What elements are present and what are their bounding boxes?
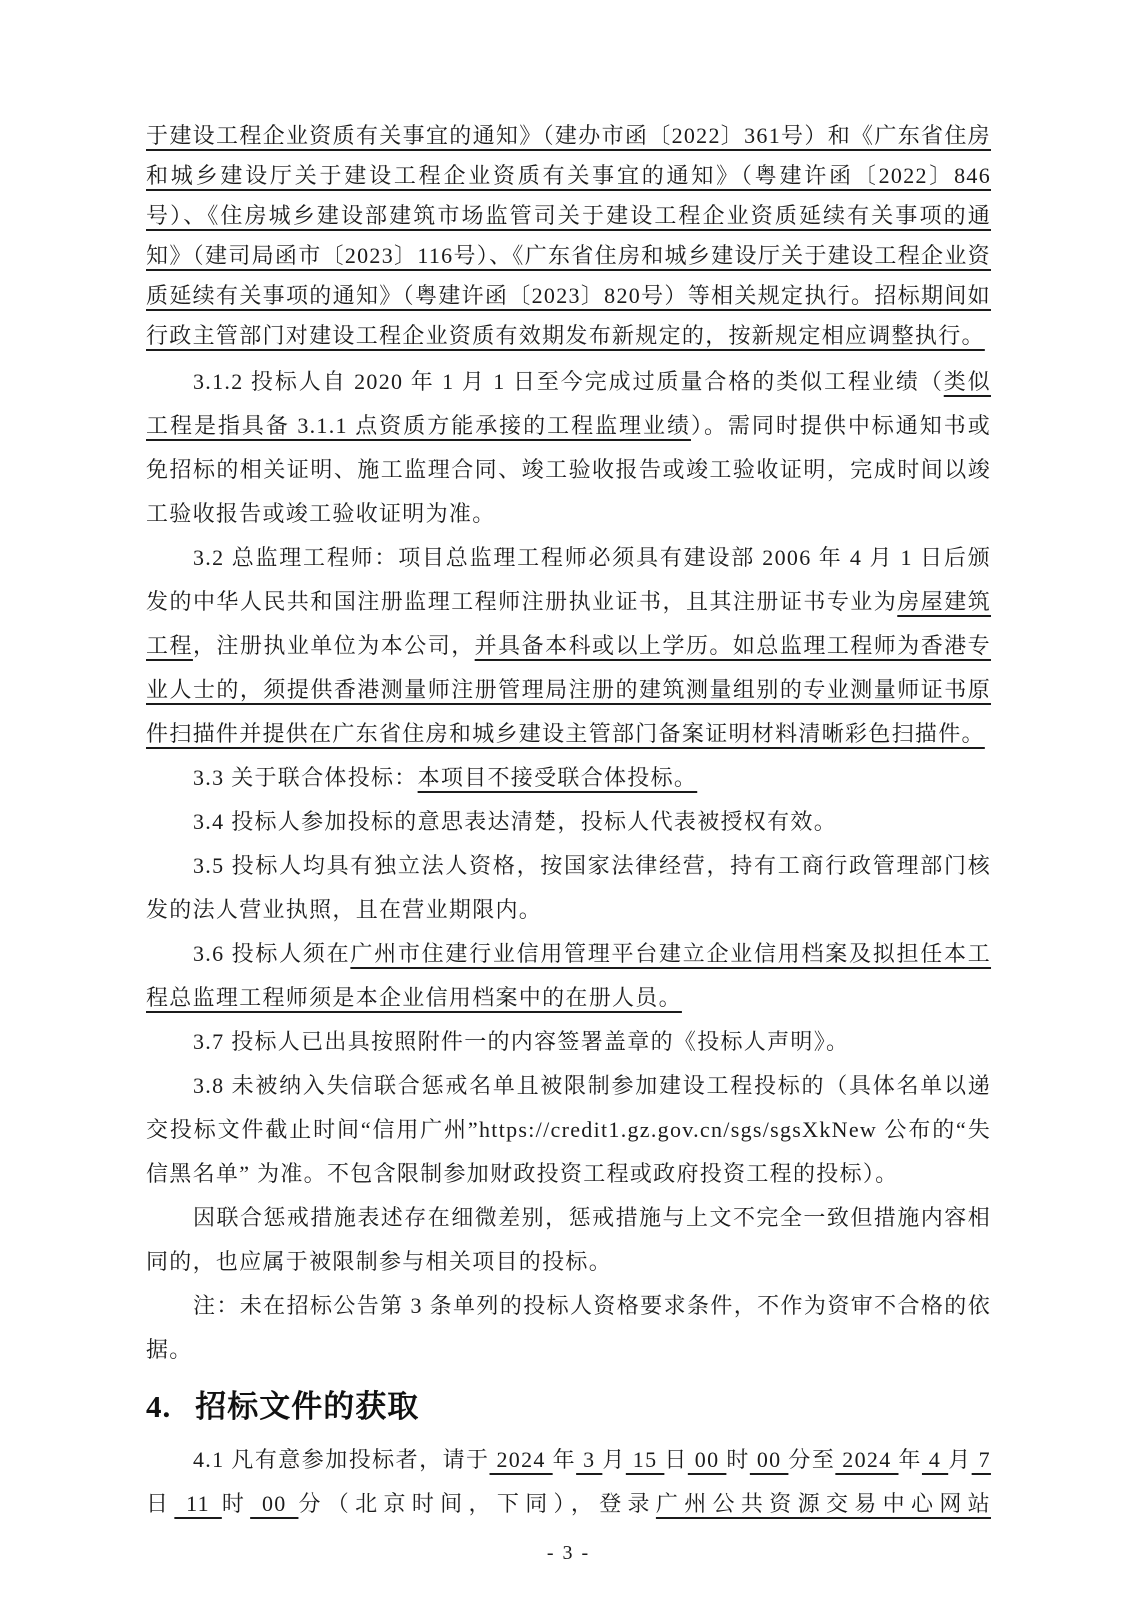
para-3-6-credit-platform: 3.6 投标人须在广州市住建行业信用管理平台建立企业信用档案及拟担任本工程总监理… <box>146 932 991 1020</box>
para-3-4-intent-expression: 3.4 投标人参加投标的意思表达清楚，投标人代表被授权有效。 <box>146 800 991 844</box>
underlined-text-segment: 于建设工程企业资质有关事宜的通知》（建办市函〔2022〕361号）和《广东省住房… <box>146 123 991 348</box>
underlined-text-segment: 3 <box>576 1447 602 1472</box>
page-footer: - 3 - <box>146 1542 991 1565</box>
text-segment: 分至 <box>788 1447 835 1472</box>
para-3-3-consortium-bidding: 3.3 关于联合体投标：本项目不接受联合体投标。 <box>146 756 991 800</box>
underlined-text-segment: 00 <box>750 1447 789 1472</box>
text-segment: 注：未在招标公告第 3 条单列的投标人资格要求条件，不作为资审不合格的依据。 <box>146 1293 991 1362</box>
underlined-text-segment: 00 <box>688 1447 727 1472</box>
text-segment: ，注册执业单位为本公司， <box>193 633 475 658</box>
text-segment: 时 <box>222 1491 250 1516</box>
text-segment: 4.1 凡有意参加投标者，请于 <box>193 1447 490 1472</box>
text-segment: 时 <box>726 1447 749 1472</box>
text-segment: 3.4 投标人参加投标的意思表达清楚，投标人代表被授权有效。 <box>193 809 837 834</box>
heading-section-4-obtain-tender-documents: 4.招标文件的获取 <box>146 1386 991 1428</box>
para-3-7-bidder-declaration: 3.7 投标人已出具按照附件一的内容签署盖章的《投标人声明》。 <box>146 1020 991 1064</box>
underlined-text-segment: 00 <box>250 1491 298 1516</box>
para-3-1-2-similar-project-performance: 3.1.2 投标人自 2020 年 1 月 1 日至今完成过质量合格的类似工程业… <box>146 360 991 536</box>
para-3-2-chief-supervision-engineer: 3.2 总监理工程师：项目总监理工程师必须具有建设部 2006 年 4 月 1 … <box>146 536 991 756</box>
text-segment: 年 <box>553 1447 576 1472</box>
underlined-text-segment: 2024 <box>490 1447 553 1472</box>
underlined-text-segment: 15 <box>626 1447 665 1472</box>
underlined-text-segment: 4 <box>922 1447 948 1472</box>
document-page: 于建设工程企业资质有关事宜的通知》（建办市函〔2022〕361号）和《广东省住房… <box>0 0 1131 1600</box>
text-segment: 分（北京时间，下同），登录 <box>298 1491 655 1516</box>
text-segment: 3.3 关于联合体投标： <box>193 765 418 790</box>
para-qualification-regulations-continued: 于建设工程企业资质有关事宜的通知》（建办市函〔2022〕361号）和《广东省住房… <box>146 116 991 356</box>
underlined-text-segment: 2024 <box>835 1447 898 1472</box>
text-segment: 日 <box>146 1491 174 1516</box>
para-4-1-obtain-documents-time: 4.1 凡有意参加投标者，请于 2024 年 3 月 15 日 00 时 00 … <box>146 1438 991 1526</box>
text-segment: 3.1.2 投标人自 2020 年 1 月 1 日至今完成过质量合格的类似工程业… <box>193 369 944 394</box>
underlined-text-segment: 广州公共资源交易中心网站 <box>656 1491 991 1516</box>
para-3-5-legal-person-qualification: 3.5 投标人均具有独立法人资格，按国家法律经营，持有工商行政管理部门核发的法人… <box>146 844 991 932</box>
para-3-8-dishonest-list: 3.8 未被纳入失信联合惩戒名单且被限制参加建设工程投标的（具体名单以递交投标文… <box>146 1064 991 1196</box>
underlined-text-segment: 本项目不接受联合体投标。 <box>418 765 698 790</box>
text-segment: 3.2 总监理工程师：项目总监理工程师必须具有建设部 2006 年 4 月 1 … <box>146 545 991 614</box>
text-segment: 日 <box>664 1447 687 1472</box>
text-segment: 年 <box>898 1447 921 1472</box>
text-segment: 3.7 投标人已出具按照附件一的内容签署盖章的《投标人声明》。 <box>193 1029 849 1054</box>
text-segment: 月 <box>602 1447 625 1472</box>
text-segment: 3.8 未被纳入失信联合惩戒名单且被限制参加建设工程投标的（具体名单以递交投标文… <box>146 1073 991 1186</box>
text-segment: 月 <box>948 1447 971 1472</box>
heading-number: 4. <box>146 1389 171 1424</box>
document-body: 于建设工程企业资质有关事宜的通知》（建办市函〔2022〕361号）和《广东省住房… <box>146 116 991 1526</box>
text-segment: 3.6 投标人须在 <box>193 941 350 966</box>
heading-title: 招标文件的获取 <box>195 1389 419 1424</box>
underlined-text-segment: 7 <box>972 1447 991 1472</box>
text-segment: 3.5 投标人均具有独立法人资格，按国家法律经营，持有工商行政管理部门核发的法人… <box>146 853 991 922</box>
para-note-qualification-requirements: 注：未在招标公告第 3 条单列的投标人资格要求条件，不作为资审不合格的依据。 <box>146 1284 991 1372</box>
para-joint-discipline-difference: 因联合惩戒措施表述存在细微差别，惩戒措施与上文不完全一致但措施内容相同的，也应属… <box>146 1196 991 1284</box>
text-segment: 因联合惩戒措施表述存在细微差别，惩戒措施与上文不完全一致但措施内容相同的，也应属… <box>146 1205 991 1274</box>
underlined-text-segment: 11 <box>174 1491 221 1516</box>
page-number: - 3 - <box>547 1542 590 1564</box>
